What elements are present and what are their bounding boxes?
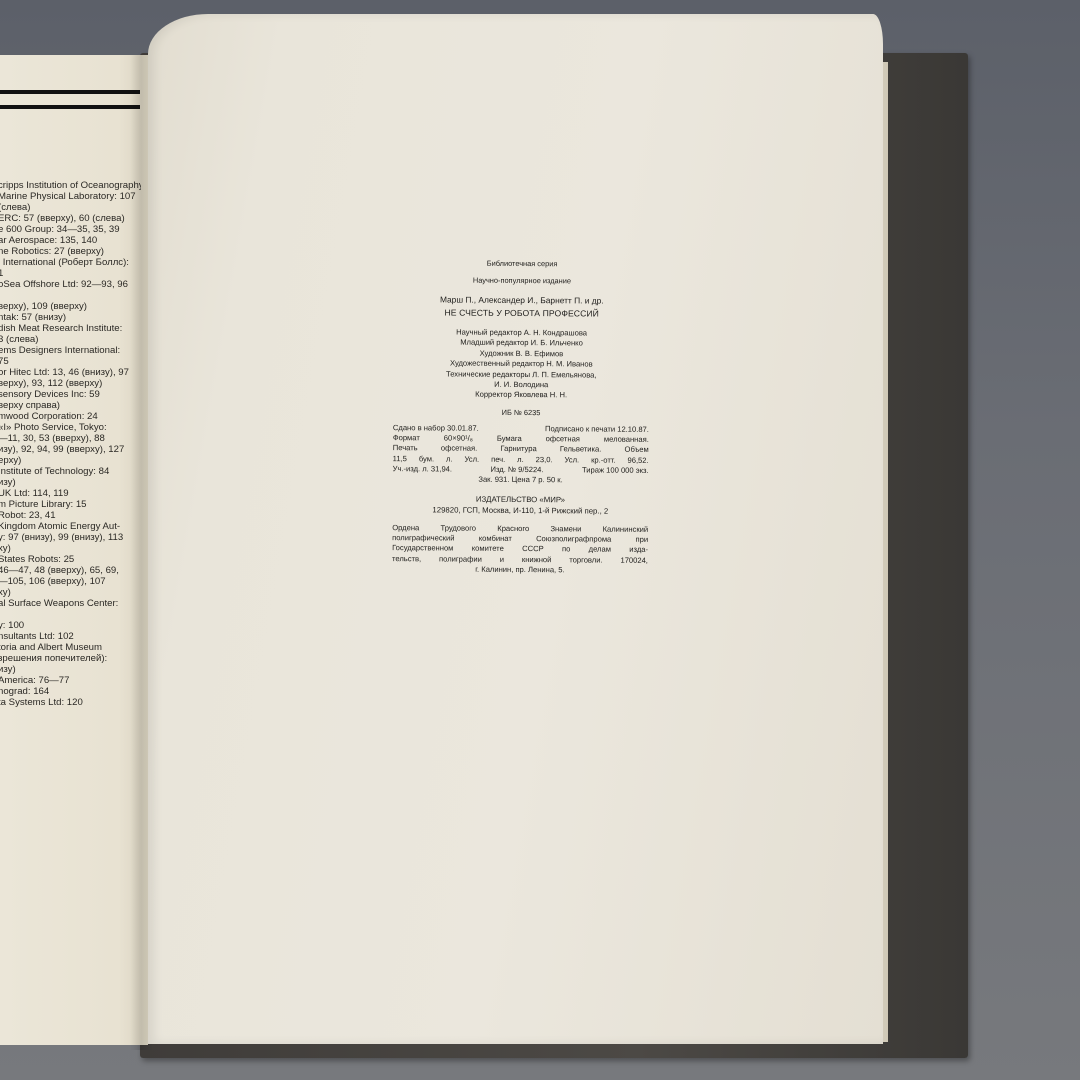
index-line: верху), 109 (вверху)	[0, 301, 141, 312]
index-line: oSea Offshore Ltd: 92—93, 96	[0, 279, 141, 290]
index-line: e 600 Group: 34—35, 35, 39	[0, 224, 141, 235]
index-line: ху)	[0, 543, 141, 554]
index-line: —11, 30, 53 (вверху), 88	[0, 433, 141, 444]
index-line: ta Systems Ltd: 120	[0, 697, 141, 708]
index-line: ems Designers International:	[0, 345, 141, 356]
index-line: Kingdom Atomic Energy Aut-	[0, 521, 141, 532]
index-line: dish Meat Research Institute:	[0, 323, 141, 334]
photo-credits-index: cripps Institution of Oceanography,Marin…	[0, 180, 141, 708]
index-line	[0, 609, 141, 620]
index-line: 3 (слева)	[0, 334, 141, 345]
printer-city: г. Калинин, пр. Ленина, 5.	[392, 564, 648, 576]
index-line: Robot: 23, 41	[0, 510, 141, 521]
index-line: l International (Роберт Боллс):	[0, 257, 141, 268]
index-line: ar Aerospace: 135, 140	[0, 235, 141, 246]
index-line: toria and Albert Museum	[0, 642, 141, 653]
index-line: Institute of Technology: 84	[0, 466, 141, 477]
index-line: y: 100	[0, 620, 141, 631]
index-line: (слева)	[0, 202, 141, 213]
rule-line	[0, 105, 140, 109]
index-line: 1	[0, 268, 141, 279]
index-line: верху), 93, 112 (вверху)	[0, 378, 141, 389]
index-line: изу)	[0, 477, 141, 488]
index-line: «I» Photo Service, Tokyo:	[0, 422, 141, 433]
editorial-credits: Научный редактор А. Н. КондрашоваМладший…	[393, 327, 650, 402]
index-line: nograd: 164	[0, 686, 141, 697]
index-line: 75	[0, 356, 141, 367]
index-line: UK Ltd: 114, 119	[0, 488, 141, 499]
index-line: —105, 106 (вверху), 107	[0, 576, 141, 587]
index-line: mwood Corporation: 24	[0, 411, 141, 422]
index-line: зрешения попечителей):	[0, 653, 141, 664]
index-line	[0, 290, 141, 301]
index-line: America: 76—77	[0, 675, 141, 686]
index-line: изу)	[0, 664, 141, 675]
index-line: изу), 92, 94, 99 (вверху), 127	[0, 444, 141, 455]
left-page: cripps Institution of Oceanography,Marin…	[0, 55, 148, 1045]
index-line: nsultants Ltd: 102	[0, 631, 141, 642]
index-line: m Picture Library: 15	[0, 499, 141, 510]
index-line: Marine Physical Laboratory: 107	[0, 191, 141, 202]
index-line: sensory Devices Inc: 59	[0, 389, 141, 400]
index-line: ERC: 57 (вверху), 60 (слева)	[0, 213, 141, 224]
index-line: ntak: 57 (внизу)	[0, 312, 141, 323]
index-line: ne Robotics: 27 (вверху)	[0, 246, 141, 257]
index-line: верху справа)	[0, 400, 141, 411]
index-line: ху)	[0, 587, 141, 598]
print-specs: Сдано в набор 30.01.87.Подписано к печат…	[393, 423, 649, 476]
index-line: ерху)	[0, 455, 141, 466]
index-line: y: 97 (внизу), 99 (внизу), 113	[0, 532, 141, 543]
colophon: Библиотечная серия Научно-популярное изд…	[392, 257, 650, 576]
index-line: or Hitec Ltd: 13, 46 (внизу), 97	[0, 367, 141, 378]
index-line: States Robots: 25	[0, 554, 141, 565]
index-line: 46—47, 48 (вверху), 65, 69,	[0, 565, 141, 576]
rule-line	[0, 90, 140, 94]
index-line: al Surface Weapons Center:	[0, 598, 141, 609]
index-line: cripps Institution of Oceanography,	[0, 180, 141, 191]
printer-info: ОрденаТрудовогоКрасногоЗнамениКалинински…	[392, 523, 648, 566]
